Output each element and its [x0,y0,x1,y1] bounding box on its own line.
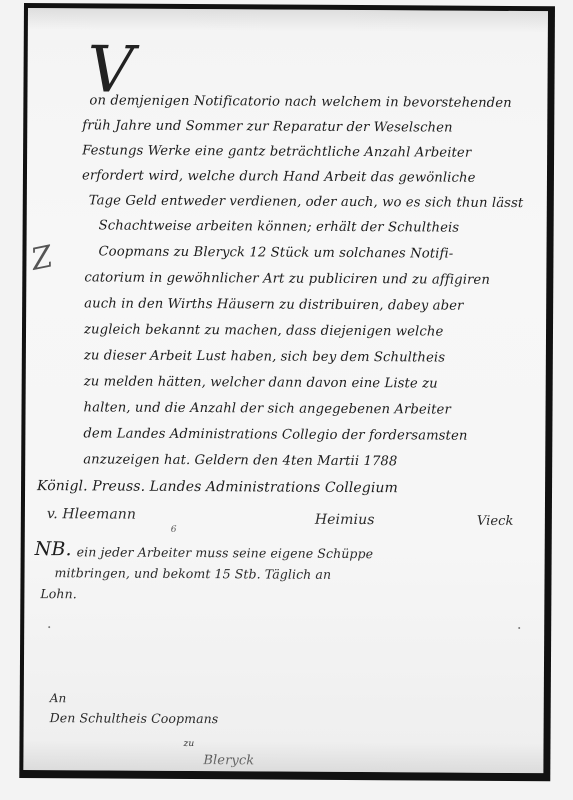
body-line-8: catorium in gewöhnlicher Art zu publicir… [84,270,490,287]
body-line-4: erfordert wird, welche durch Hand Arbeit… [82,168,476,185]
address-place: Bleryck [203,753,254,768]
signature-annotation: 6 [171,525,177,535]
body-line-5: Tage Geld entweder verdienen, oder auch,… [89,193,524,211]
body-line-9: auch in den Wirths Häusern zu distribuir… [84,296,463,313]
body-line-2: früh Jahre und Sommer zur Reparatur der … [82,118,452,135]
paper-speck [48,626,50,628]
body-line-15-dateline: anzuzeigen hat. Geldern den 4ten Martii … [83,452,397,469]
signature-heimius: Heimius [315,512,375,528]
nota-bene-label: NB. [35,538,72,560]
margin-mark: Z [28,239,55,277]
nota-bene-line-2: mitbringen, und bekomt 15 Stb. Täglich a… [55,565,332,582]
body-line-13: halten, und die Anzahl der sich angegebe… [84,400,451,417]
body-line-3: Festungs Werke eine gantz beträchtliche … [82,143,471,160]
nota-bene-line-3: Lohn. [40,586,76,601]
body-line-7: Coopmans zu Bleryck 12 Stück um solchane… [98,244,453,261]
nota-bene-line-1: ein jeder Arbeiter muss seine eigene Sch… [77,544,374,561]
body-line-14: dem Landes Administrations Collegio der … [83,426,467,443]
issuer-line: Königl. Preuss. Landes Administrations C… [37,478,398,496]
body-line-1: on demjenigen Notificatorio nach welchem… [89,93,511,111]
signature-hleemann: v. Hleemann [47,506,136,523]
signature-vieck: Vieck [477,514,514,529]
body-line-6: Schachtweise arbeiten können; erhält der… [99,218,460,235]
address-prefix: An [50,691,67,705]
address-recipient: Den Schultheis Coopmans [50,710,219,726]
document-page: V Z on demjenigen Notificatorio nach wel… [23,8,548,773]
paper-speck [518,627,520,629]
body-line-10: zugleich bekannt zu machen, dass diejeni… [84,322,443,339]
body-line-11: zu dieser Arbeit Lust haben, sich bey de… [84,348,445,365]
address-preposition: zu [183,739,194,749]
body-line-12: zu melden hätten, welcher dann davon ein… [84,374,438,391]
